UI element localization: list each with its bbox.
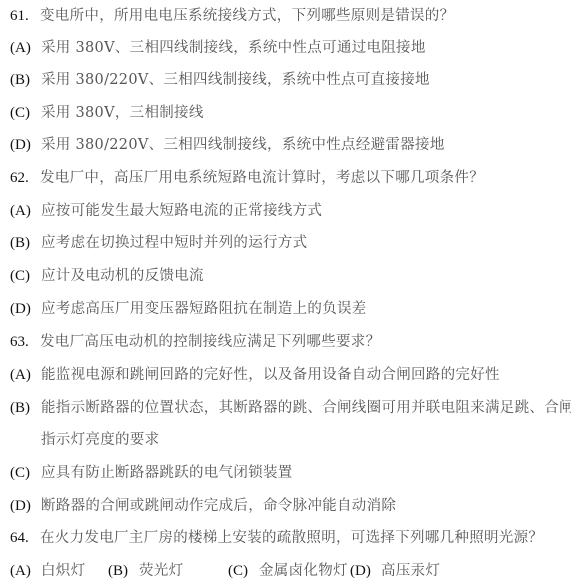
- option-label: (A): [10, 200, 41, 222]
- question-64-option-d: (D)高压汞灯: [350, 560, 440, 582]
- option-label: (D): [10, 134, 41, 156]
- question-64-option-b: (B)荧光灯: [108, 560, 183, 582]
- question-63-option-a: (A)能监视电源和跳闸回路的完好性，以及备用设备自动合闸回路的完好性: [10, 364, 500, 386]
- option-label: (A): [10, 364, 41, 386]
- question-61-option-d: (D)采用 380/220V、三相四线制接线，系统中性点经避雷器接地: [10, 134, 445, 156]
- option-text: 采用 380/220V、三相四线制接线，系统中性点可直接接地: [41, 72, 430, 88]
- question-62-option-c: (C)应计及电动机的反馈电流: [10, 265, 204, 287]
- question-text: 发电厂中，高压厂用电系统短路电流计算时，考虑以下哪几项条件？: [40, 170, 484, 186]
- option-text: 高压汞灯: [381, 563, 440, 579]
- option-label: (D): [350, 560, 381, 582]
- question-62-option-b: (B)应考虑在切换过程中短时并列的运行方式: [10, 232, 307, 254]
- question-text: 发电厂高压电动机的控制接线应满足下列哪些要求？: [40, 334, 380, 350]
- option-label: (A): [10, 560, 41, 582]
- option-label: (D): [10, 495, 41, 517]
- option-text: 应考虑高压厂用变压器短路阻抗在制造上的负误差: [41, 301, 367, 317]
- option-label: (B): [10, 69, 41, 91]
- option-text: 荧光灯: [139, 563, 183, 579]
- question-63-option-d: (D)断路器的合闸或跳闸动作完成后，命令脉冲能自动消除: [10, 495, 396, 517]
- question-63-option-b: (B)能指示断路器的位置状态，其断路器的跳、合闸线圈可用并联电阻来满足跳、合闸: [10, 397, 571, 419]
- question-61-stem: 61.变电所中，所用电电压系统接线方式，下列哪些原则是错误的？: [10, 5, 454, 27]
- option-text: 能指示断路器的位置状态，其断路器的跳、合闸线圈可用并联电阻来满足跳、合闸: [41, 400, 571, 416]
- option-label: (A): [10, 37, 41, 59]
- option-text: 能监视电源和跳闸回路的完好性，以及备用设备自动合闸回路的完好性: [41, 367, 500, 383]
- option-label: (B): [108, 560, 139, 582]
- option-label: (C): [10, 102, 41, 124]
- option-text: 断路器的合闸或跳闸动作完成后，命令脉冲能自动消除: [41, 498, 396, 514]
- question-text: 在火力发电厂主厂房的楼梯上安装的疏散照明，可选择下列哪几种照明光源？: [40, 530, 543, 546]
- question-62-option-a: (A)应按可能发生最大短路电流的正常接线方式: [10, 200, 322, 222]
- question-64-options-row: (A)白炽灯 (B)荧光灯 (C)金属卤化物灯 (D)高压汞灯: [10, 560, 570, 582]
- option-label: (C): [10, 462, 41, 484]
- question-number: 61.: [10, 5, 40, 27]
- question-64-option-c: (C)金属卤化物灯: [228, 560, 348, 582]
- option-text: 金属卤化物灯: [259, 563, 348, 579]
- question-61-option-b: (B)采用 380/220V、三相四线制接线，系统中性点可直接接地: [10, 69, 430, 91]
- question-62-stem: 62.发电厂中，高压厂用电系统短路电流计算时，考虑以下哪几项条件？: [10, 167, 484, 189]
- question-number: 64.: [10, 527, 40, 549]
- question-63-option-c: (C)应具有防止断路器跳跃的电气闭锁装置: [10, 462, 293, 484]
- option-text: 应具有防止断路器跳跃的电气闭锁装置: [41, 465, 293, 481]
- question-number: 63.: [10, 331, 40, 353]
- option-label: (C): [10, 265, 41, 287]
- option-text: 应计及电动机的反馈电流: [41, 268, 204, 284]
- option-text: 采用 380V，三相制接线: [41, 105, 204, 121]
- option-text: 应按可能发生最大短路电流的正常接线方式: [41, 203, 322, 219]
- question-number: 62.: [10, 167, 40, 189]
- option-text: 白炽灯: [41, 563, 85, 579]
- question-64-option-a: (A)白炽灯: [10, 560, 85, 582]
- option-text-continuation: 指示灯亮度的要求: [41, 432, 159, 448]
- option-label: (D): [10, 298, 41, 320]
- question-63-stem: 63.发电厂高压电动机的控制接线应满足下列哪些要求？: [10, 331, 380, 353]
- question-63-option-b-continuation: 指示灯亮度的要求: [41, 429, 159, 451]
- question-64-stem: 64.在火力发电厂主厂房的楼梯上安装的疏散照明，可选择下列哪几种照明光源？: [10, 527, 543, 549]
- question-text: 变电所中，所用电电压系统接线方式，下列哪些原则是错误的？: [40, 8, 454, 24]
- question-62-option-d: (D)应考虑高压厂用变压器短路阻抗在制造上的负误差: [10, 298, 367, 320]
- option-label: (B): [10, 232, 41, 254]
- option-label: (C): [228, 560, 259, 582]
- option-text: 采用 380V、三相四线制接线，系统中性点可通过电阻接地: [41, 40, 426, 56]
- option-label: (B): [10, 397, 41, 419]
- question-61-option-a: (A)采用 380V、三相四线制接线，系统中性点可通过电阻接地: [10, 37, 426, 59]
- question-61-option-c: (C)采用 380V，三相制接线: [10, 102, 204, 124]
- option-text: 采用 380/220V、三相四线制接线，系统中性点经避雷器接地: [41, 137, 445, 153]
- option-text: 应考虑在切换过程中短时并列的运行方式: [41, 235, 307, 251]
